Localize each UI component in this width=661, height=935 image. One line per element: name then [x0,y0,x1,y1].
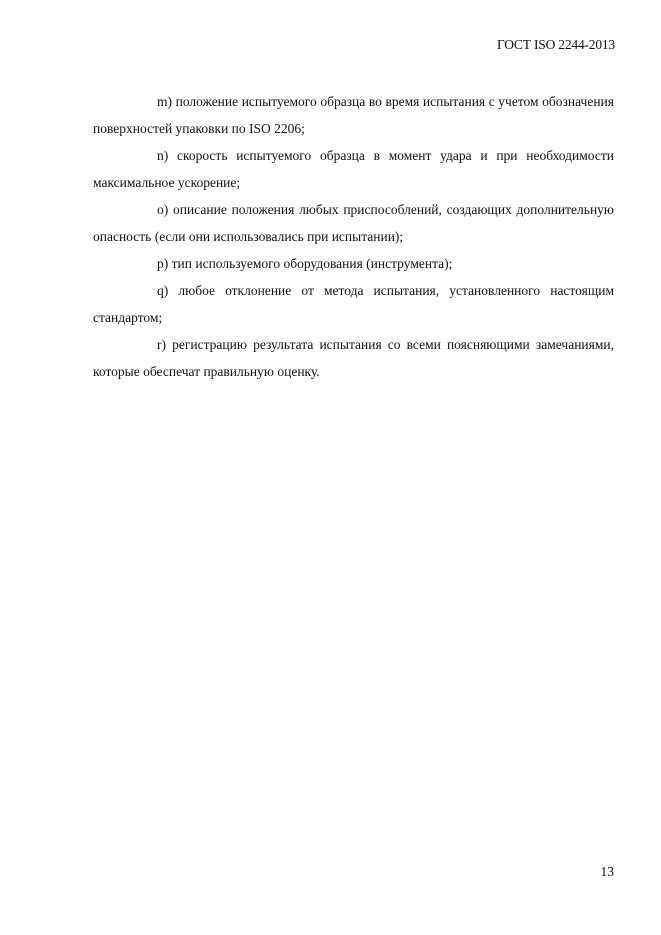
item-label: m) [157,94,172,109]
item-label: r) [157,337,166,352]
document-header: ГОСТ ISO 2244-2013 [497,37,615,53]
document-body: m) положение испытуемого образца во врем… [93,88,614,385]
list-item-q: q) любое отклонение от метода испытания,… [93,277,614,331]
list-item-p: p) тип используемого оборудования (инстр… [93,250,614,277]
list-item-m: m) положение испытуемого образца во врем… [93,88,614,142]
list-item-n: n) скорость испытуемого образца в момент… [93,142,614,196]
item-label: o) [157,202,168,217]
item-text: регистрацию результата испытания со всем… [93,337,614,379]
list-item-o: o) описание положения любых приспособлен… [93,196,614,250]
item-text: положение испытуемого образца во время и… [93,94,614,136]
list-item-r: r) регистрацию результата испытания со в… [93,331,614,385]
item-text: скорость испытуемого образца в момент уд… [93,148,614,190]
item-text: любое отклонение от метода испытания, ус… [93,283,614,325]
item-label: n) [157,148,168,163]
page-number: 13 [601,864,615,880]
item-label: p) [157,256,168,271]
standard-designation: ГОСТ ISO 2244-2013 [497,37,615,52]
item-text: тип используемого оборудования (инструме… [172,256,453,271]
item-text: описание положения любых приспособлений,… [93,202,614,244]
item-label: q) [157,283,168,298]
